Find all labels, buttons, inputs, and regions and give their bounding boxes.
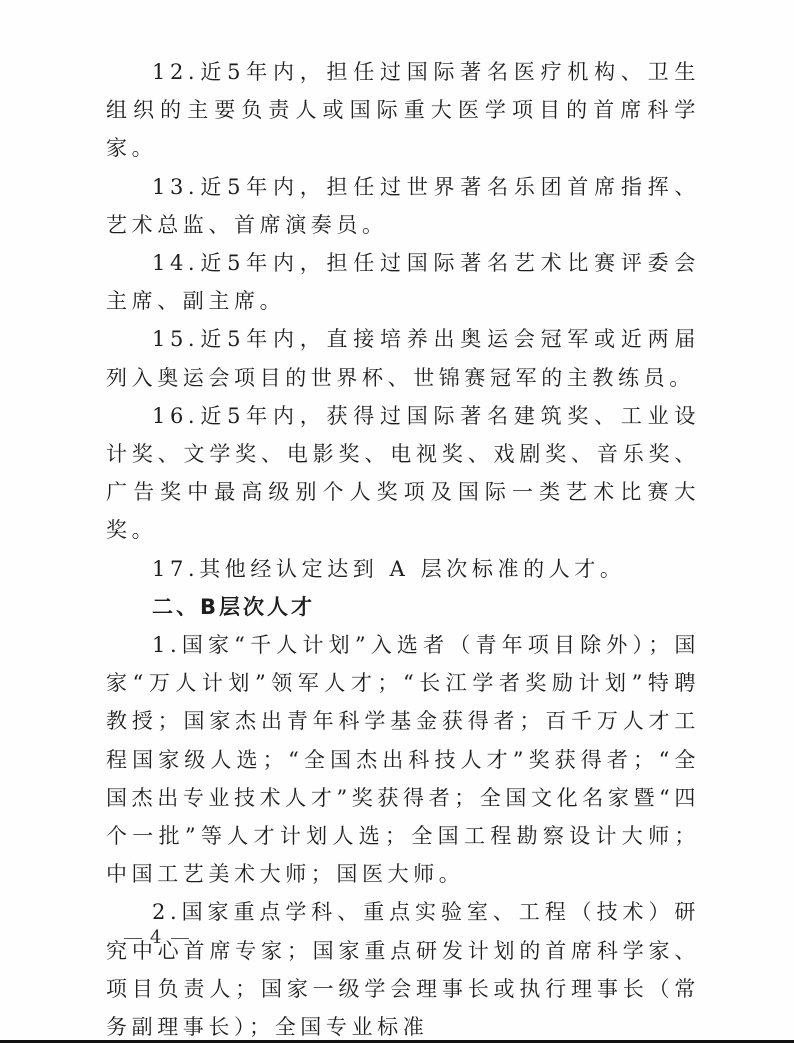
paragraph-b-item-1: 1.国家“千人计划”入选者（青年项目除外）；国家“万人计划”领军人才；“长江学者… xyxy=(106,626,700,893)
paragraph-item-12: 12.近5年内，担任过国际著名医疗机构、卫生组织的主要负责人或国际重大医学项目的… xyxy=(106,53,700,168)
section-heading-b-level: 二、B层次人才 xyxy=(106,588,700,626)
page-number: 4 xyxy=(116,927,197,948)
paragraph-item-15: 15.近5年内，直接培养出奥运会冠军或近两届列入奥运会项目的世界杯、世锦赛冠军的… xyxy=(106,320,700,396)
page-number-value: 4 xyxy=(150,927,163,948)
dash-right-icon xyxy=(171,938,189,939)
document-body: 12.近5年内，担任过国际著名医疗机构、卫生组织的主要负责人或国际重大医学项目的… xyxy=(106,53,700,1043)
paragraph-item-13: 13.近5年内，担任过世界著名乐团首席指挥、艺术总监、首席演奏员。 xyxy=(106,168,700,244)
dash-left-icon xyxy=(124,938,142,939)
document-page: 12.近5年内，担任过国际著名医疗机构、卫生组织的主要负责人或国际重大医学项目的… xyxy=(0,0,794,1043)
paragraph-item-17: 17.其他经认定达到 A 层次标准的人才。 xyxy=(106,550,700,588)
paragraph-item-16: 16.近5年内，获得过国际著名建筑奖、工业设计奖、文学奖、电影奖、电视奖、戏剧奖… xyxy=(106,397,700,550)
paragraph-item-14: 14.近5年内，担任过国际著名艺术比赛评委会主席、副主席。 xyxy=(106,244,700,320)
paragraph-b-item-2: 2.国家重点学科、重点实验室、工程（技术）研究中心首席专家；国家重点研发计划的首… xyxy=(106,893,700,1043)
